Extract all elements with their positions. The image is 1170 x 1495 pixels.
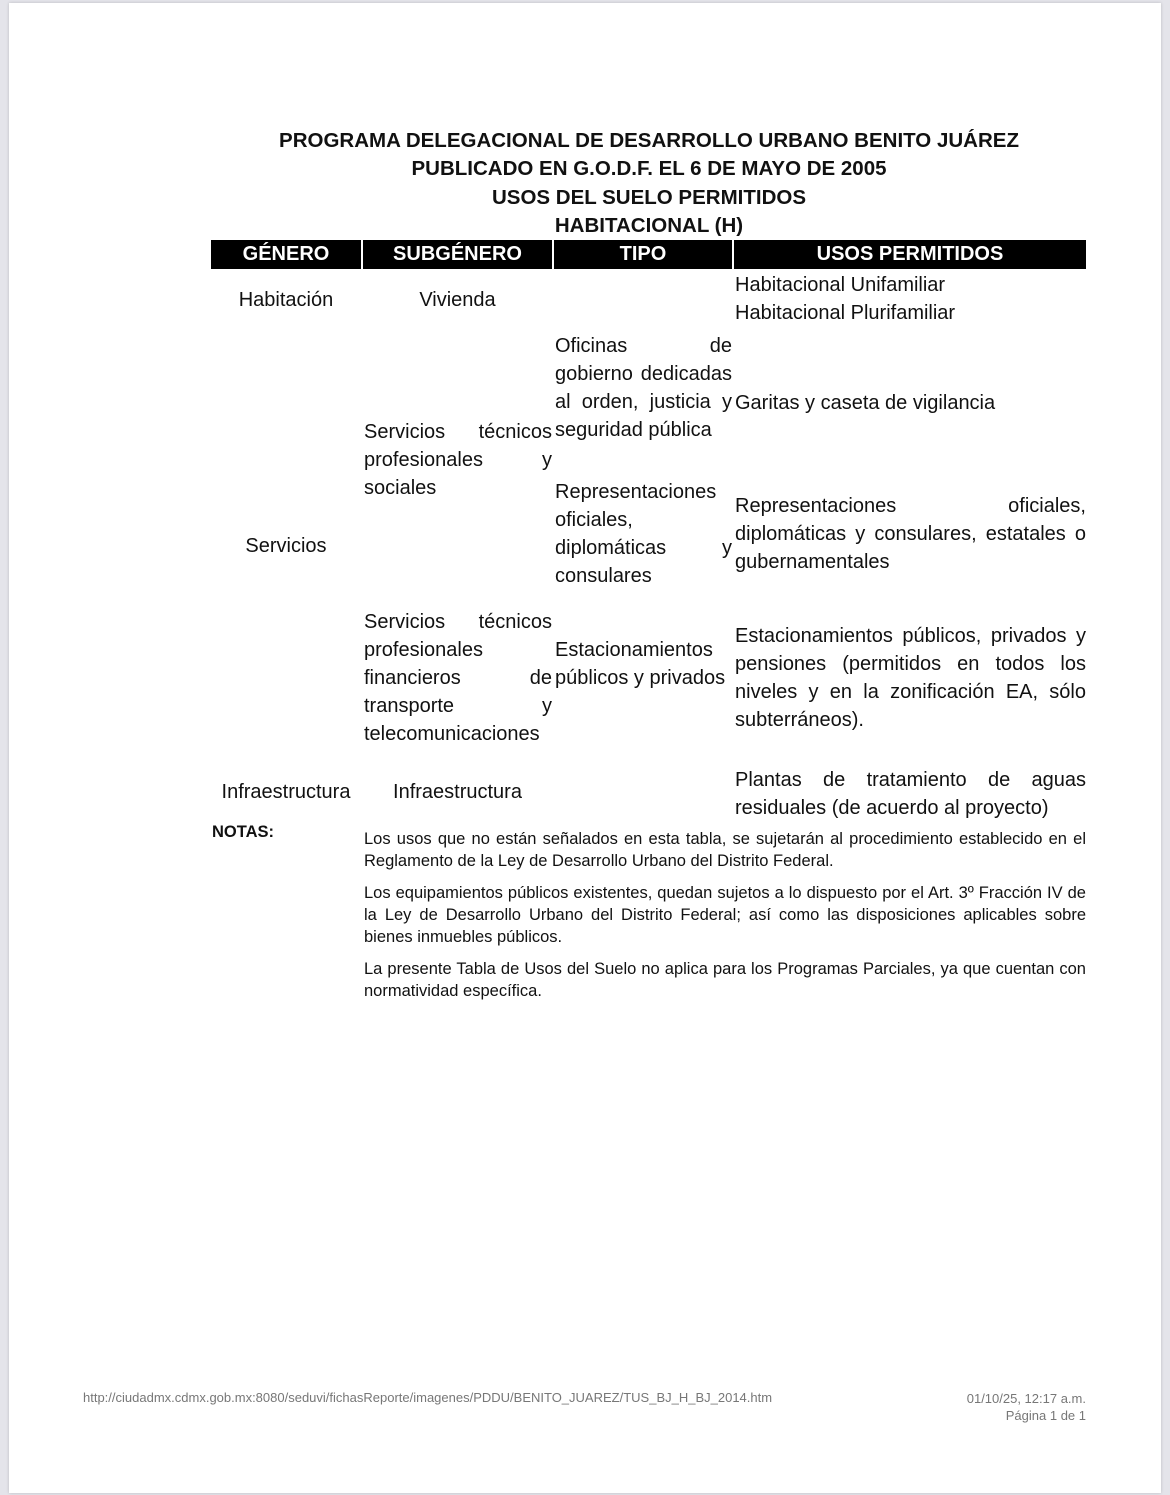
document-title: PROGRAMA DELEGACIONAL DE DESARROLLO URBA… <box>211 127 1087 240</box>
cell-subgenero-servicios-sociales: Servicios técnicos profesionales y socia… <box>364 418 552 502</box>
title-line-published: PUBLICADO EN G.O.D.F. EL 6 DE MAYO DE 20… <box>211 155 1087 183</box>
header-usos-permitidos: USOS PERMITIDOS <box>734 240 1086 269</box>
cell-usos-representaciones: Representaciones oficiales, diplomáticas… <box>735 492 1086 576</box>
cell-subgenero-servicios-transporte: Servicios técnicos profesionales financi… <box>364 608 552 748</box>
header-genero: GÉNERO <box>211 240 361 269</box>
header-subgenero: SUBGÉNERO <box>363 240 552 269</box>
cell-genero-servicios: Servicios <box>211 532 361 560</box>
title-line-habitacional: HABITACIONAL (H) <box>211 212 1087 240</box>
footer-source-url: http://ciudadmx.cdmx.gob.mx:8080/seduvi/… <box>83 1390 772 1405</box>
uso-item: Habitacional Plurifamiliar <box>735 299 1086 327</box>
cell-genero-infraestructura: Infraestructura <box>205 778 367 806</box>
uso-item: Habitacional Unifamiliar <box>735 271 1086 299</box>
cell-tipo-representaciones: Representaciones oficiales, diplomáticas… <box>555 478 732 590</box>
cell-genero-habitacion: Habitación <box>211 286 361 314</box>
note-item-1: Los usos que no están señalados en esta … <box>364 828 1086 872</box>
title-line-usos: USOS DEL SUELO PERMITIDOS <box>211 184 1087 212</box>
cell-usos-garitas: Garitas y caseta de vigilancia <box>735 389 1086 417</box>
notes-label: NOTAS: <box>212 823 274 842</box>
cell-usos-plantas-tratamiento: Plantas de tratamiento de aguas residual… <box>735 766 1086 822</box>
cell-subgenero-vivienda: Vivienda <box>363 286 552 314</box>
footer-datetime: 01/10/25, 12:17 a.m. <box>967 1390 1086 1407</box>
cell-usos-habitacion: Habitacional Unifamiliar Habitacional Pl… <box>735 271 1086 327</box>
note-item-3: La presente Tabla de Usos del Suelo no a… <box>364 958 1086 1002</box>
note-item-2: Los equipamientos públicos existentes, q… <box>364 882 1086 948</box>
cell-subgenero-infraestructura: Infraestructura <box>363 778 552 806</box>
cell-tipo-oficinas-gobierno: Oficinas de gobierno dedicadas al orden,… <box>555 332 732 444</box>
title-line-program: PROGRAMA DELEGACIONAL DE DESARROLLO URBA… <box>211 127 1087 155</box>
cell-usos-estacionamientos: Estacionamientos públicos, privados y pe… <box>735 622 1086 734</box>
footer-page-number: Página 1 de 1 <box>967 1407 1086 1424</box>
header-tipo: TIPO <box>554 240 732 269</box>
footer-meta: 01/10/25, 12:17 a.m. Página 1 de 1 <box>967 1390 1086 1424</box>
cell-tipo-estacionamientos: Estacionamientos públicos y privados <box>555 636 732 692</box>
